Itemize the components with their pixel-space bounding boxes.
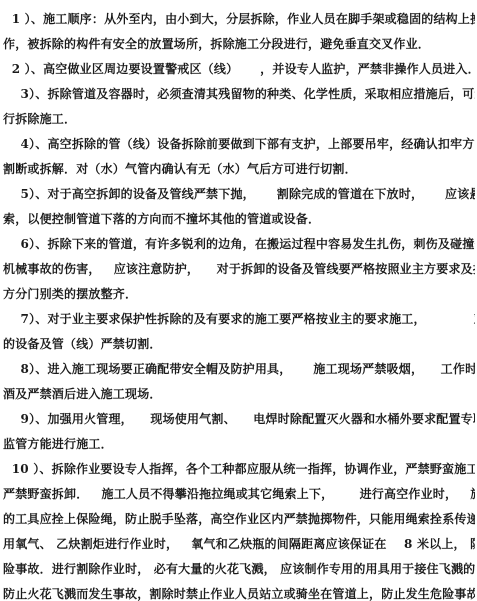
- document-line: 作，被拆除的构件有安全的放置场所，拆除施工分段进行，避免垂直交叉作业．: [3, 32, 475, 57]
- document-line: 的工具应拴上保险绳，防止脱手坠落，高空作业区内严禁抛掷物件，只能用绳索拴系传递．: [3, 507, 475, 532]
- document-line: 防止火花飞溅而发生事故，割除时禁止作业人员站立或骑坐在管道上，防止发生危险事故．: [3, 582, 475, 601]
- document-body: 1 ）、施工顺序：从外至内，由小到大，分层拆除，作业人员在脚手架或稳固的结构上操…: [3, 7, 475, 601]
- document-line: 方分门别类的摆放整齐．: [3, 282, 475, 307]
- document-line: 行拆除施工．: [3, 107, 475, 132]
- document-line: 险事故．进行割除作业时， 必有大量的火花飞溅， 应该制作专用的用具用于接住飞溅的…: [3, 557, 475, 582]
- document-line: 5）、对于高空拆卸的设备及管线严禁下抛， 割除完成的管道在下放时， 应该悬挂一根…: [3, 182, 475, 207]
- document-line: 3）、拆除管道及容器时，必须查清其残留物的种类、化学性质，采取相应措施后，可进: [3, 82, 475, 107]
- document-line: 10 ）、拆除作业要设专人指挥，各个工种都应服从统一指挥，协调作业，严禁野蛮施工…: [3, 457, 475, 482]
- document-line: 9）、加强用火管理， 现场使用气割、 电焊时除配置灭火器和水桶外要求配置专职看火…: [3, 407, 475, 432]
- document-line: 索，以便控制管道下落的方向而不撞坏其他的管道或设备．: [3, 207, 475, 232]
- document-line: 用氧气、 乙炔割炬进行作业时， 氧气和乙炔瓶的间隔距离应该保证在 8 米以上， …: [3, 532, 475, 557]
- document-line: 7）、对于业主要求保护性拆除的及有要求的施工要严格按业主的要求施工， 对要求拆除: [3, 307, 475, 332]
- document-line: 监管方能进行施工．: [3, 432, 475, 457]
- document-line: 严禁野蛮拆卸． 施工人员不得攀沿拖拉绳或其它绳索上下， 进行高空作业时， 施工人…: [3, 482, 475, 507]
- document-page: 1 ）、施工顺序：从外至内，由小到大，分层拆除，作业人员在脚手架或稳固的结构上操…: [0, 0, 477, 601]
- document-line: 机械事故的伤害， 应该注意防护， 对于拆卸的设备及管线要严格按照业主方要求及指定…: [3, 257, 475, 282]
- document-line: 1 ）、施工顺序：从外至内，由小到大，分层拆除，作业人员在脚手架或稳固的结构上操: [3, 7, 475, 32]
- document-line: 2 ）、高空做业区周边要设置警戒区（线） ，并设专人监护，严禁非操作人员进入．: [3, 57, 475, 82]
- document-line: 酒及严禁酒后进入施工现场．: [3, 382, 475, 407]
- document-line: 割断或拆解．对（水）气管内确认有无（水）气后方可进行切割．: [3, 157, 475, 182]
- document-line: 8）、进入施工现场要正确配带安全帽及防护用具， 施工现场严禁吸烟， 工作时间严禁…: [3, 357, 475, 382]
- document-line: 的设备及管（线）严禁切割．: [3, 332, 475, 357]
- document-line: 6）、拆除下来的管道，有许多锐利的边角，在搬运过程中容易发生扎伤，刺伤及碰撞等: [3, 232, 475, 257]
- document-line: 4）、高空拆除的管（线）设备拆除前要做到下部有支护，上部要吊牢，经确认扣牢方能: [3, 132, 475, 157]
